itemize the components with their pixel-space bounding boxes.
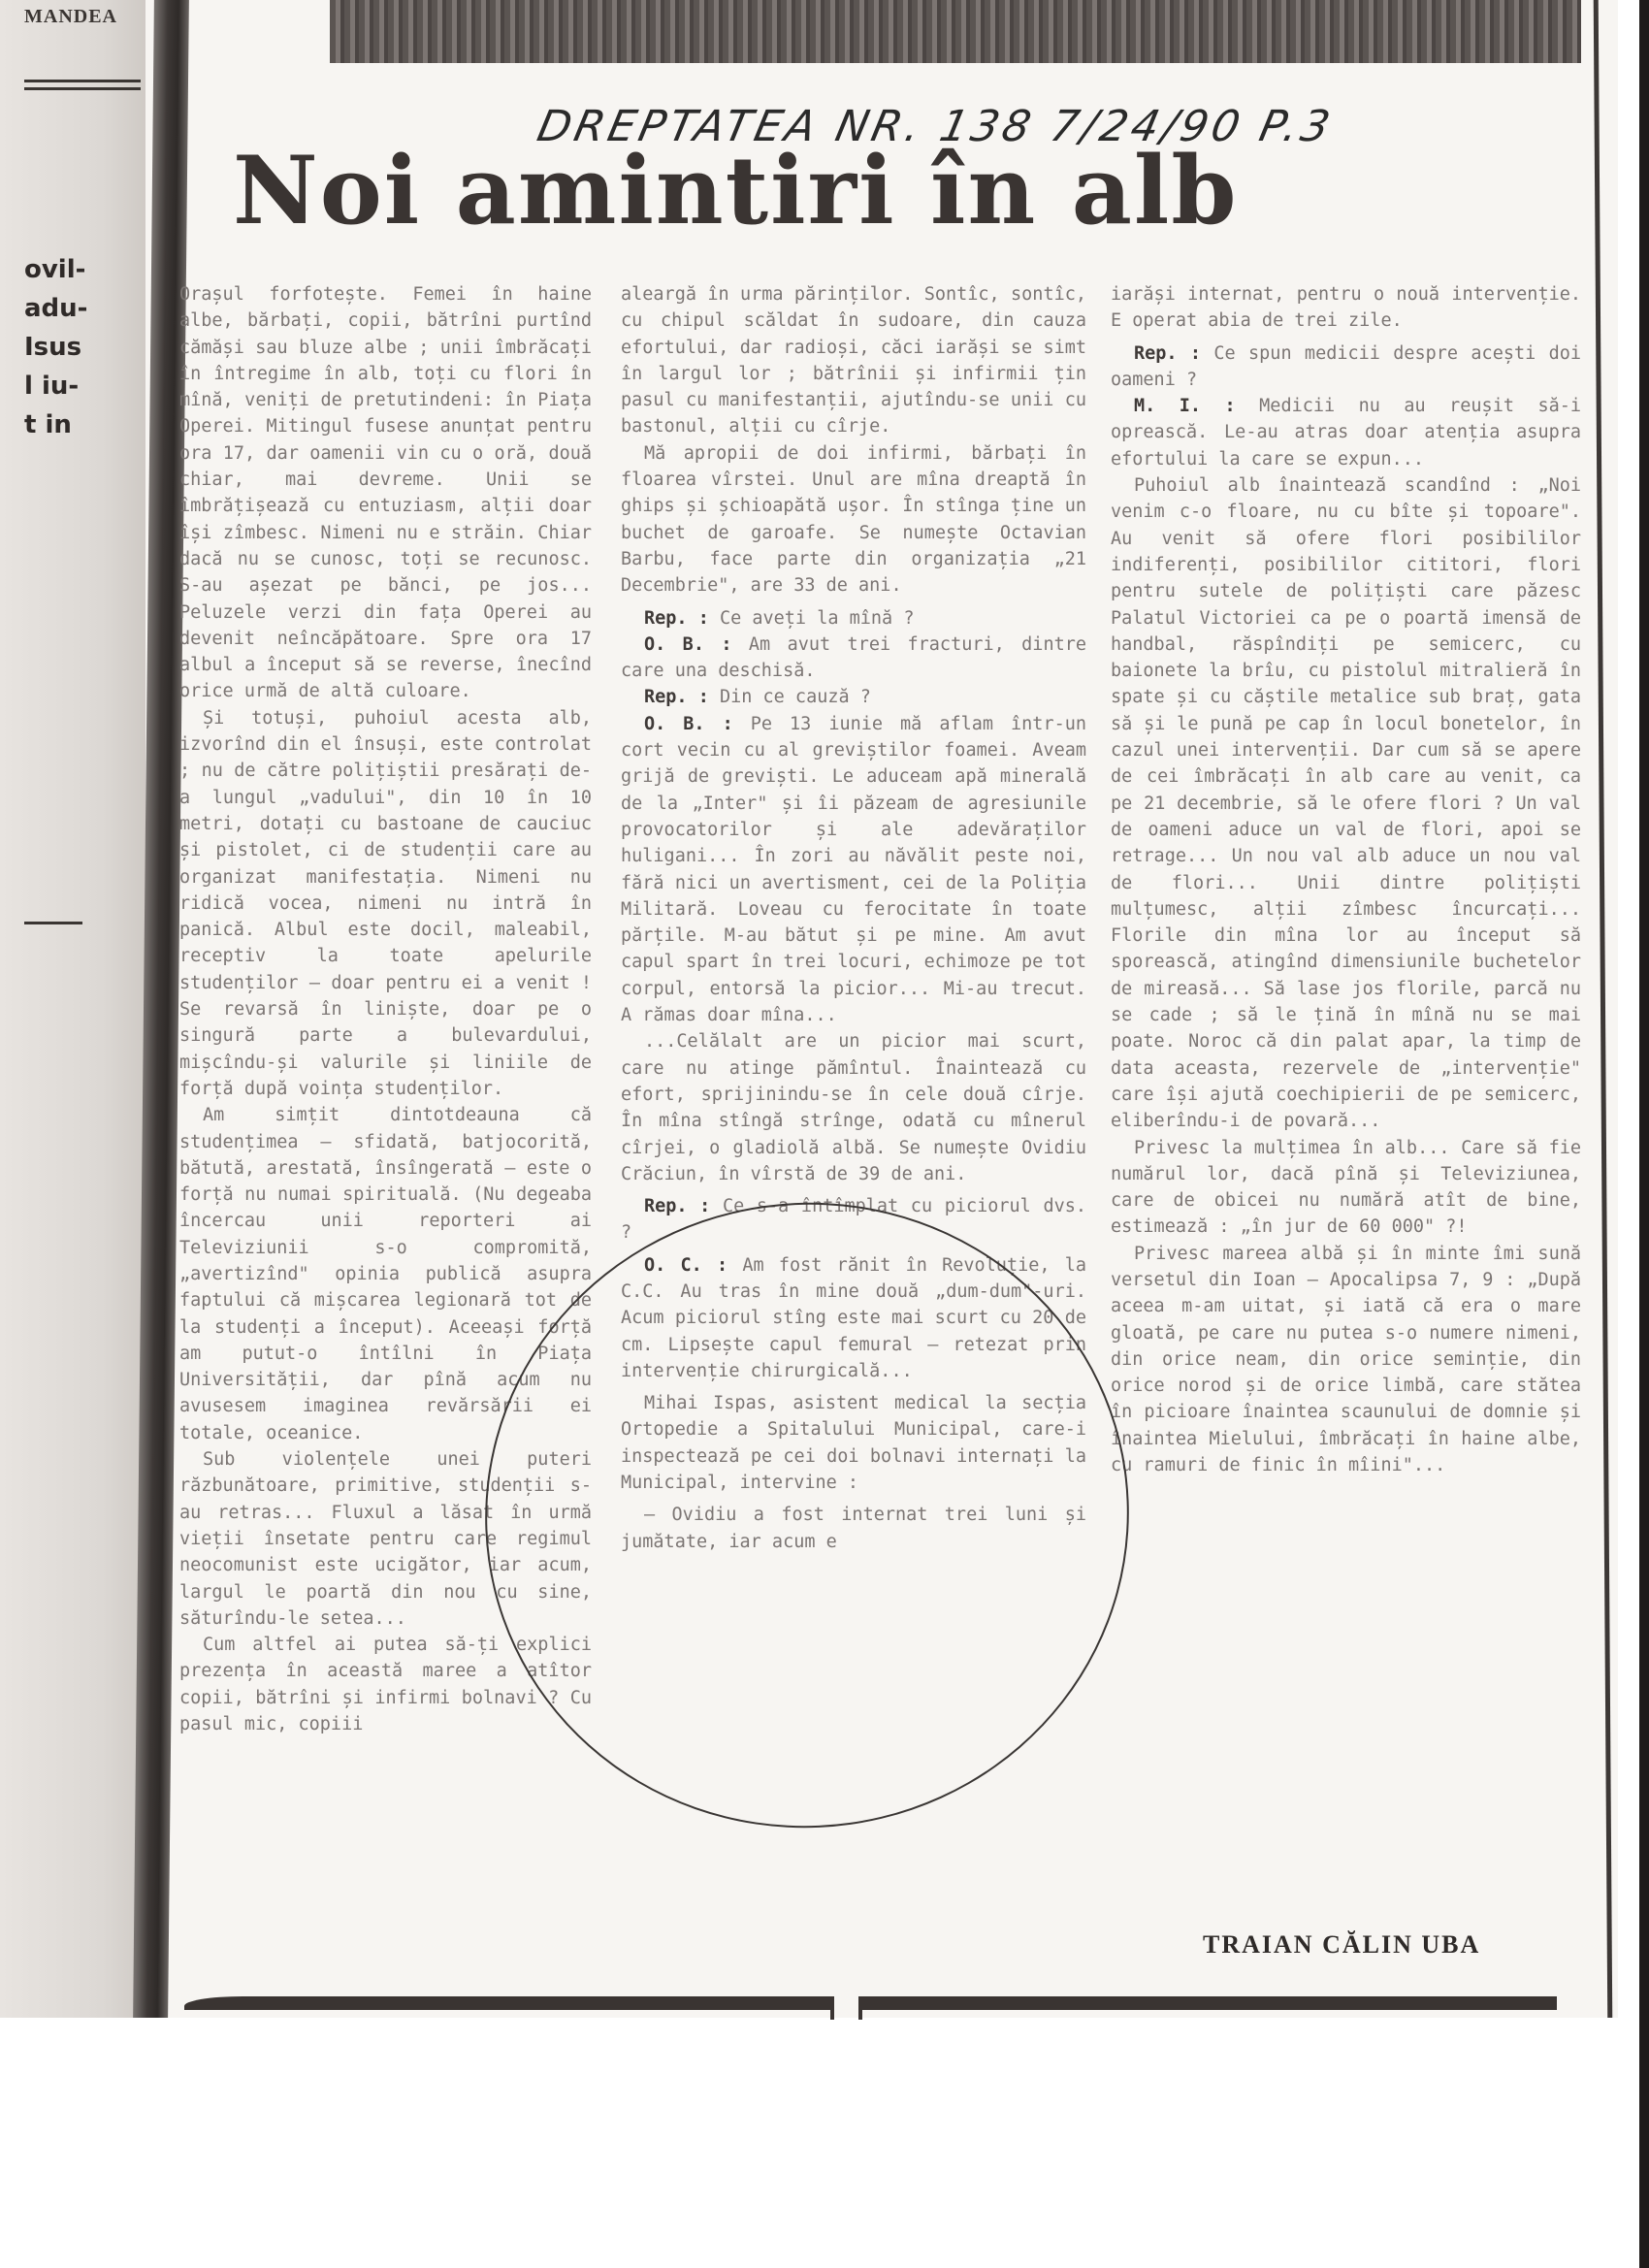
column-rule (1594, 0, 1613, 2018)
paragraph: Privesc la mulțimea în alb... Care să fi… (1111, 1135, 1581, 1241)
interview-line: M. I. : Medicii nu au reușit să-i opreas… (1111, 393, 1581, 472)
paragraph: Sub violențele unei puteri răzbunătoare,… (179, 1446, 592, 1632)
rule (24, 80, 141, 82)
paragraph: aleargă în urma părinților. Sontîc, sont… (621, 281, 1086, 440)
newspaper-scan: MANDEA ovil- adu- Isus l iu- t in DREPTA… (0, 0, 1618, 2018)
margin-word: Isus (24, 328, 81, 367)
paragraph: Am simțit dintotdeauna că studențimea — … (179, 1102, 592, 1446)
paragraph: iarăși internat, pentru o nouă intervenț… (1111, 281, 1581, 335)
paragraph: Mihai Ispas, asistent medical la secția … (621, 1390, 1086, 1496)
bottom-rule (830, 2000, 834, 2020)
interview-line: Rep. : Ce s-a întîmplat cu piciorul dvs.… (621, 1193, 1086, 1247)
masthead-fragment: MANDEA (24, 6, 117, 28)
photo-fragment (330, 0, 1581, 63)
bottom-rule (184, 1996, 834, 2010)
speaker-label: Rep. : (1134, 343, 1201, 364)
speaker-label: O. B. : (644, 634, 732, 655)
article-byline: TRAIAN CĂLIN UBA (1203, 1930, 1480, 1960)
interview-line: Rep. : Ce aveți la mînă ? (621, 605, 1086, 632)
speaker-label: O. B. : (644, 714, 733, 734)
interview-line: O. C. : Am fost rănit în Revoluție, la C… (621, 1252, 1086, 1384)
margin-word: t in (24, 405, 72, 444)
speaker-label: Rep. : (644, 687, 709, 707)
article-column-3: iarăși internat, pentru o nouă intervenț… (1111, 281, 1581, 1478)
paragraph: ...Celălalt are un picior mai scurt, car… (621, 1028, 1086, 1187)
margin-word: adu- (24, 289, 87, 328)
bottom-rule (858, 1996, 1557, 2010)
interview-text: Din ce cauză ? (720, 687, 871, 707)
interview-text: Pe 13 iunie mă aflam într-un cort vecin … (621, 714, 1086, 1025)
rule (24, 922, 82, 924)
speaker-label: Rep. : (644, 1196, 710, 1216)
article-column-1: Orașul forfotește. Femei în haine albe, … (179, 281, 592, 1737)
paragraph: — Ovidiu a fost internat trei luni și ju… (621, 1502, 1086, 1555)
interview-line: Rep. : Ce spun medicii despre acești doi… (1111, 340, 1581, 394)
interview-line: O. B. : Am avut trei fracturi, dintre ca… (621, 632, 1086, 685)
paragraph: Privesc mareea albă și în minte îmi sună… (1111, 1241, 1581, 1479)
margin-word: ovil- (24, 250, 85, 289)
paragraph: Cum altfel ai putea să-ți explici prezen… (179, 1632, 592, 1737)
paragraph: Puhoiul alb înaintează scandînd : „Noi v… (1111, 472, 1581, 1134)
interview-line: Rep. : Din ce cauză ? (621, 684, 1086, 710)
interview-text: Ce aveți la mînă ? (720, 608, 914, 629)
paragraph: Și totuși, puhoiul acesta alb, izvorînd … (179, 705, 592, 1102)
scan-edge (1639, 0, 1649, 2268)
rule (24, 87, 141, 90)
speaker-label: M. I. : (1134, 396, 1236, 416)
margin-word: l iu- (24, 367, 79, 405)
article-column-2: aleargă în urma părinților. Sontîc, sont… (621, 281, 1086, 1555)
speaker-label: Rep. : (644, 608, 709, 629)
speaker-label: O. C. : (644, 1255, 727, 1276)
adjacent-page-strip: MANDEA ovil- adu- Isus l iu- t in (0, 0, 145, 2018)
paragraph: Orașul forfotește. Femei în haine albe, … (179, 281, 592, 705)
paragraph: Mă apropii de doi infirmi, bărbați în fl… (621, 440, 1086, 599)
interview-line: O. B. : Pe 13 iunie mă aflam într-un cor… (621, 711, 1086, 1029)
article-headline: Noi amintiri în alb (233, 136, 1238, 245)
